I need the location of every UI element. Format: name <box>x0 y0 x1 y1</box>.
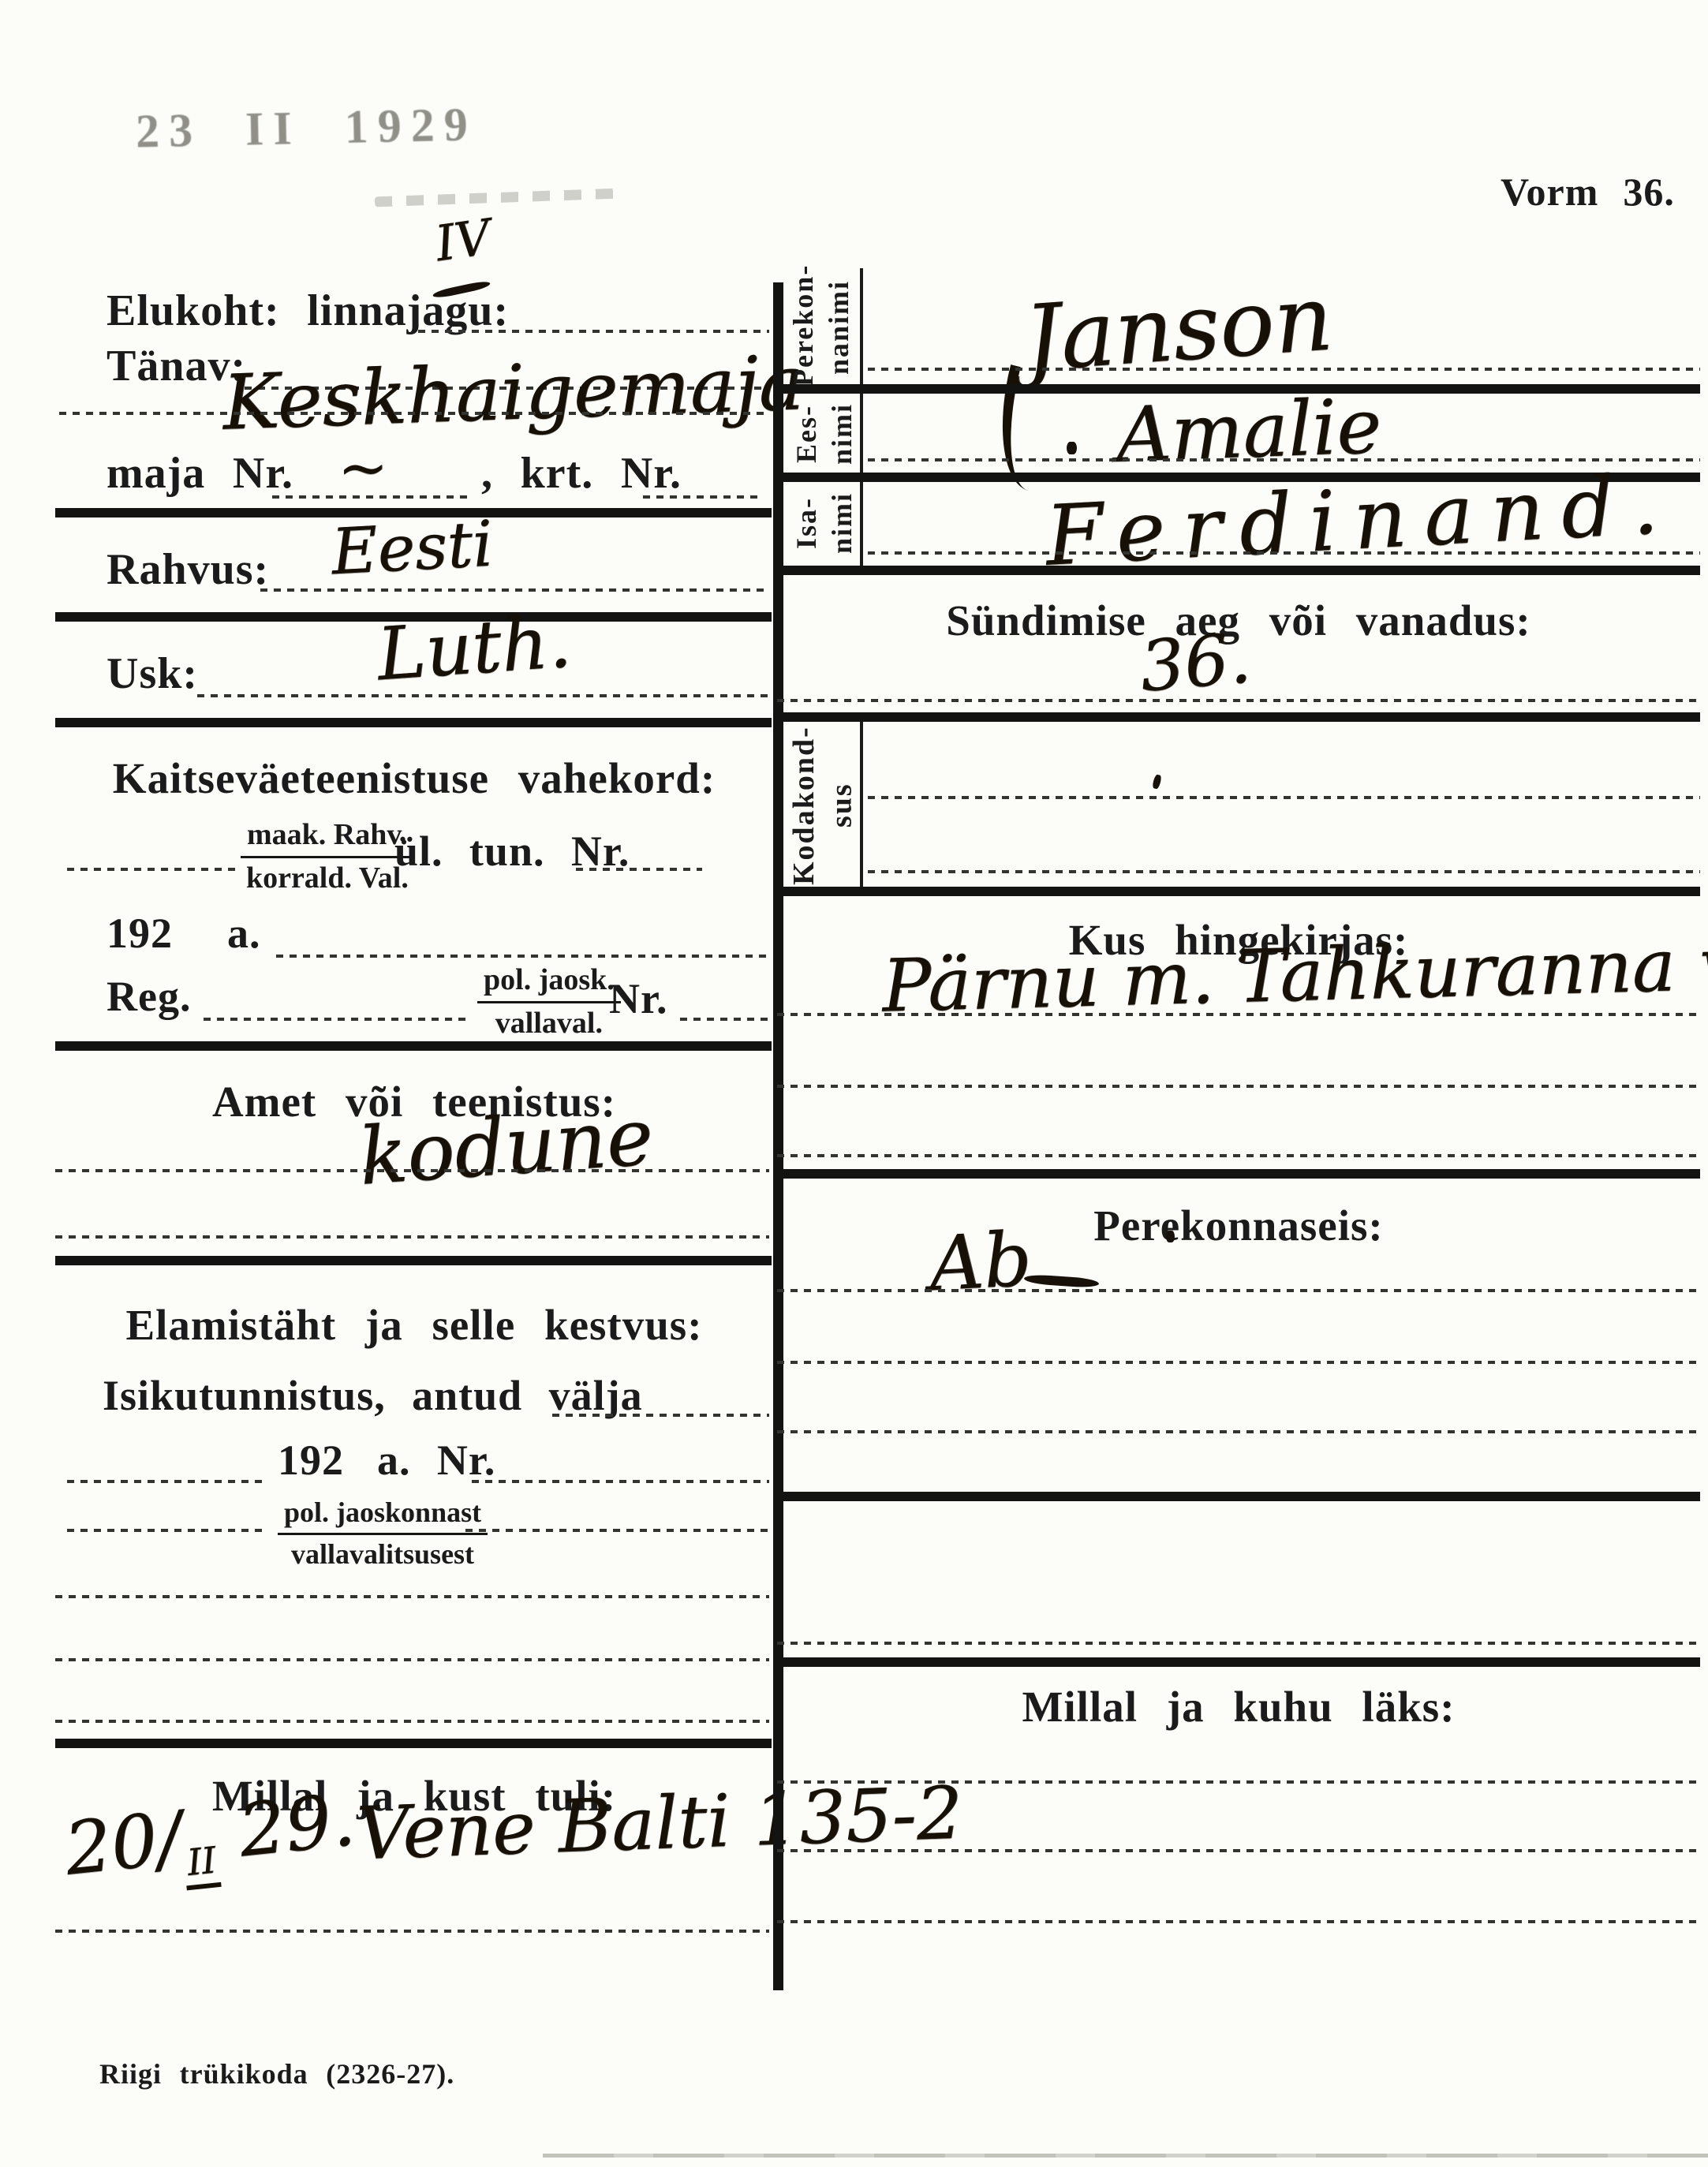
citizenship-line-2 <box>868 870 1700 873</box>
fathername-vertical-label: Isa- nimi <box>789 481 860 565</box>
street-value-handwriting: Keskhaigemaja <box>221 338 805 447</box>
rule-thick <box>773 887 1700 896</box>
marital-value-handwriting: Ab <box>927 1216 1033 1309</box>
registry-line <box>777 1013 1700 1016</box>
issuer-bottom: vallavalitsusest <box>278 1535 488 1571</box>
arrival-year: 29. <box>235 1777 359 1874</box>
rule-thick <box>773 1492 1700 1501</box>
scan-edge-line <box>543 2154 1708 2158</box>
marital-heading: Perekonnaseis: <box>777 1201 1700 1250</box>
apartment-number-label: , krt. Nr. <box>481 448 682 499</box>
id-year-label: 192 <box>278 1436 344 1485</box>
nationality-line <box>260 588 769 592</box>
ink-dot <box>1067 442 1077 454</box>
surname-value-handwriting: Janson <box>1021 266 1336 393</box>
birth-line <box>777 699 1700 702</box>
blank-line <box>55 1658 769 1661</box>
military-line-left <box>67 868 237 871</box>
label-column-rule <box>860 722 863 887</box>
issuer-top: pol. jaoskonnast <box>278 1497 488 1535</box>
residence-line <box>418 330 769 333</box>
blank-line <box>55 1720 769 1723</box>
nationality-label: Rahvus: <box>107 544 269 595</box>
marital-line <box>777 1289 1700 1292</box>
residence-value-handwriting: IV <box>432 208 494 273</box>
registration-form-page: 23 II 1929 Vorm 36. Elukoht: linnajagu: … <box>0 0 1708 2167</box>
military-year-line <box>276 955 769 958</box>
blank-line <box>777 1642 1700 1645</box>
id-card-label: Isikutunnistus, antud välja <box>103 1371 643 1420</box>
blank-line <box>55 1595 769 1598</box>
marital-line-3 <box>777 1430 1700 1433</box>
reg-nr-line <box>680 1018 769 1021</box>
ink-speck <box>1152 774 1162 790</box>
reg-issuer-bottom: vallaval. <box>477 1003 621 1041</box>
citizenship-line <box>868 796 1700 799</box>
nationality-value-handwriting: Eesti <box>330 507 495 589</box>
id-year-line-left <box>67 1480 268 1483</box>
departure-heading: Millal ja kuhu läks: <box>777 1682 1700 1732</box>
registry-line-2 <box>777 1085 1700 1088</box>
religion-value-handwriting: Luth. <box>375 600 574 697</box>
occupation-value-handwriting: kodune <box>356 1090 656 1203</box>
rule-thick <box>55 1256 772 1265</box>
firstname-vertical-label: Ees- nimi <box>789 393 860 475</box>
arrival-day: 20/ <box>61 1795 185 1892</box>
religion-line <box>197 694 769 697</box>
rule-thick <box>55 1041 772 1051</box>
age-value-handwriting: 36. <box>1137 617 1254 708</box>
military-year-label: 192 <box>107 909 173 958</box>
marital-flourish <box>1024 1274 1100 1289</box>
military-issuer-bottom: korrald. Val. <box>241 858 414 895</box>
citizenship-vertical-label: Kodakond- sus <box>786 724 861 887</box>
reg-issuer-top: pol. jaosk. <box>477 964 621 1003</box>
printer-note: Riigi trükikoda (2326-27). <box>99 2057 454 2090</box>
marital-line-2 <box>777 1361 1700 1364</box>
departure-line <box>777 1780 1700 1784</box>
house-number-value-handwriting: ~ <box>338 432 388 503</box>
arrival-line <box>55 1930 769 1933</box>
house-number-label: maja Nr. <box>107 448 293 499</box>
surname-vertical-label: Perekon- nanimi <box>786 268 857 387</box>
id-year-suffix: a. Nr. <box>377 1436 495 1485</box>
issuer-line-left <box>67 1529 268 1532</box>
label-column-rule <box>860 482 863 566</box>
military-year-a: a. <box>227 909 261 958</box>
rule-thick <box>773 566 1700 575</box>
occupation-line-2 <box>55 1235 769 1239</box>
occupation-line <box>55 1169 769 1172</box>
apartment-number-line <box>643 495 761 499</box>
rule-thick <box>773 1169 1700 1179</box>
id-card-line <box>552 1414 769 1417</box>
label-column-rule <box>860 268 863 384</box>
fathername-line <box>868 551 1700 555</box>
issuer-line-right <box>465 1529 769 1532</box>
registry-line-3 <box>777 1154 1700 1157</box>
departure-line-2 <box>777 1849 1700 1852</box>
column-divider <box>773 282 783 1990</box>
id-year-line-right <box>472 1480 769 1483</box>
surname-line <box>868 368 1700 371</box>
issuer-fraction: pol. jaoskonnast vallavalitsusest <box>278 1497 488 1570</box>
reg-label: Reg. <box>107 972 191 1021</box>
form-number: Vorm 36. <box>1501 169 1675 215</box>
residence-permit-heading: Elamistäht ja selle kestvus: <box>59 1300 769 1350</box>
military-issuer-fraction: maak. Rahv. korrald. Val. <box>241 819 414 895</box>
label-column-rule <box>860 394 863 473</box>
military-issuer-top: maak. Rahv. <box>241 819 414 858</box>
arrival-month: II <box>182 1838 222 1890</box>
firstname-value-handwriting: Amalie <box>1115 382 1383 480</box>
departure-line-3 <box>777 1920 1700 1923</box>
reg-nr-label: Nr. <box>609 974 668 1023</box>
rule-thick <box>55 1739 772 1748</box>
military-service-heading: Kaitseväeteenistuse vahekord: <box>59 753 769 803</box>
reg-issuer-fraction: pol. jaosk. vallaval. <box>477 964 621 1041</box>
rule-thick <box>773 712 1700 722</box>
street-line-2 <box>59 412 769 415</box>
ink-speck <box>1166 1231 1175 1242</box>
rule-thick <box>773 1657 1700 1667</box>
reg-line <box>204 1018 468 1021</box>
stamp-smudge <box>375 189 619 207</box>
military-cert-line <box>576 868 702 871</box>
date-stamp: 23 II 1929 <box>135 97 477 159</box>
rule-thick <box>55 718 772 727</box>
religion-label: Usk: <box>107 648 198 699</box>
